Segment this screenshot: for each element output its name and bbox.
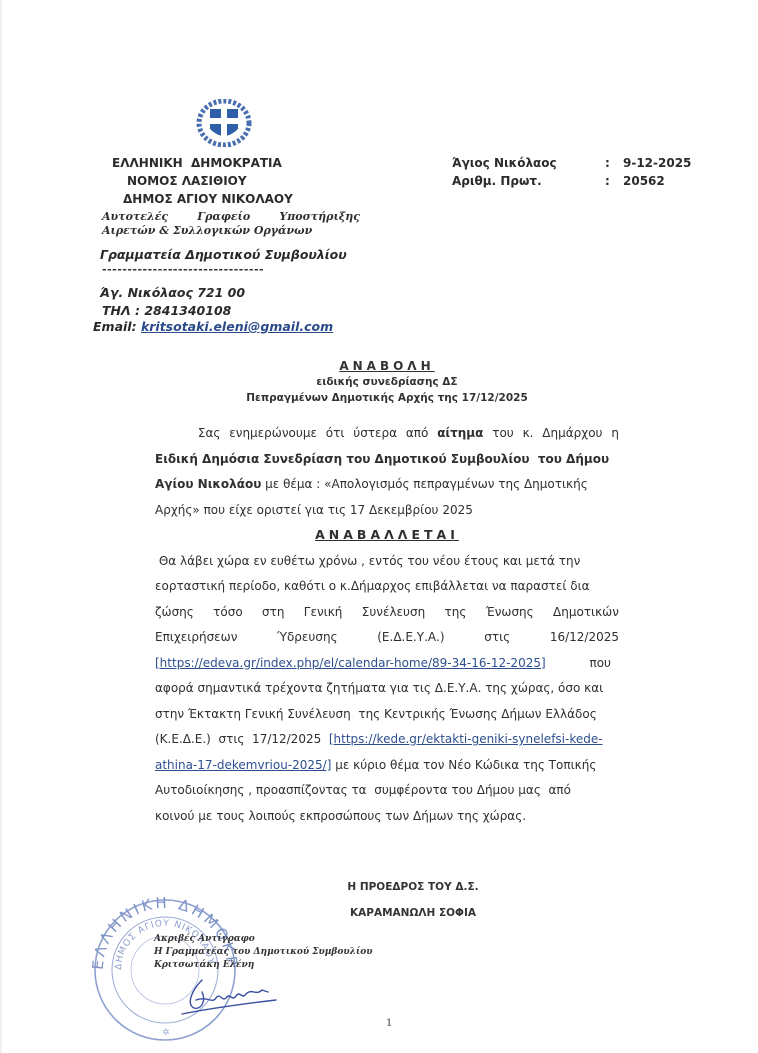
office-line-2: Αιρετών & Συλλογικών Οργάνων bbox=[102, 224, 360, 238]
office-word: Υποστήριξης bbox=[279, 210, 360, 224]
word: Δημοτικών bbox=[553, 603, 619, 629]
document-title: ΑΝΑΒΟΛΗ ειδικής συνεδρίασης ΔΣ Πεπραγμέν… bbox=[202, 358, 572, 406]
svg-text:✲: ✲ bbox=[162, 1028, 170, 1038]
body-line: κοινού με τους λοιπούς εκπροσώπους των Δ… bbox=[155, 807, 619, 833]
word: ότι bbox=[326, 424, 345, 450]
word: Σας bbox=[175, 424, 220, 450]
email-link[interactable]: kritsotaki.eleni@gmail.com bbox=[141, 319, 333, 334]
secretary-role: Η Γραμματέας του Δημοτικού Συμβουλίου bbox=[154, 946, 373, 959]
office-word: Γραφείο bbox=[197, 210, 250, 224]
word: Γενική bbox=[304, 603, 343, 629]
word: στις bbox=[484, 628, 510, 654]
body-text: στην Έκτακτη Γενική Συνέλευση της Κεντρι… bbox=[155, 705, 597, 731]
body-line: ΑΝΑΒΑΛΛΕΤΑΙ bbox=[155, 526, 619, 552]
certified-copy-note: Ακριβές Αντίγραφο Η Γραμματέας του Δημοτ… bbox=[154, 933, 373, 972]
title-sub-2: Πεπραγμένων Δημοτικής Αρχής της 17/12/20… bbox=[202, 390, 572, 406]
body-line: [https://edeva.gr/index.php/el/calendar-… bbox=[155, 654, 619, 680]
separator: : bbox=[605, 154, 623, 172]
body-line: Σας ενημερώνουμε ότι ύστερα από αίτημα τ… bbox=[155, 424, 619, 450]
office-name: Αυτοτελές Γραφείο Υποστήριξης Αιρετών & … bbox=[102, 210, 360, 238]
word: (Ε.Δ.Ε.Υ.Α.) bbox=[377, 628, 444, 654]
word: ύστερα bbox=[353, 424, 397, 450]
word: Δημάρχου bbox=[542, 424, 602, 450]
word: στη bbox=[262, 603, 284, 629]
office-word: Αυτοτελές bbox=[102, 210, 168, 224]
body-line: athina-17-dekemvriou-2025/] με κύριο θέμ… bbox=[155, 756, 619, 782]
protocol-number: 20562 bbox=[623, 172, 665, 190]
body-text: κοινού με τους λοιπούς εκπροσώπους των Δ… bbox=[155, 807, 526, 833]
certified-copy-label: Ακριβές Αντίγραφο bbox=[154, 933, 373, 946]
edeya-calendar-link[interactable]: [https://edeva.gr/index.php/el/calendar-… bbox=[155, 654, 546, 680]
word: Επιχειρήσεων bbox=[155, 628, 237, 654]
issuing-authority: ΕΛΛΗΝΙΚΗ ΔΗΜΟΚΡΑΤΙΑ ΝΟΜΟΣ ΛΑΣΙΘΙΟΥ ΔΗΜΟΣ… bbox=[112, 154, 293, 208]
republic-name: ΕΛΛΗΝΙΚΗ ΔΗΜΟΚΡΑΤΙΑ bbox=[112, 154, 293, 172]
divider: -------------------------------- bbox=[102, 263, 264, 276]
word: Ύδρευσης bbox=[277, 628, 338, 654]
word: ενημερώνουμε bbox=[229, 424, 317, 450]
body-text: (Κ.Ε.Δ.Ε.) στις 17/12/2025 bbox=[155, 730, 329, 756]
handwritten-signature-icon bbox=[172, 970, 282, 1020]
body-text: Αρχής» που είχε οριστεί για τις 17 Δεκεμ… bbox=[155, 501, 473, 527]
body-text: Θα λάβει χώρα εν ευθέτω χρόνω , εντός το… bbox=[155, 552, 580, 578]
word: Συνέλευση bbox=[362, 603, 425, 629]
body-text: Ειδική Δημόσια Συνεδρίαση του Δημοτικού … bbox=[155, 450, 609, 476]
body-line: εορταστική περίοδο, καθότι ο κ.Δήμαρχος … bbox=[155, 577, 619, 603]
word: του bbox=[492, 424, 514, 450]
body-text: εορταστική περίοδο, καθότι ο κ.Δήμαρχος … bbox=[155, 577, 590, 603]
protocol-label: Αριθμ. Πρωτ. bbox=[452, 172, 605, 190]
document-body: Σας ενημερώνουμε ότι ύστερα από αίτημα τ… bbox=[155, 424, 619, 832]
body-line: ζώσης τόσο στη Γενική Συνέλευση της Ένωσ… bbox=[155, 603, 619, 629]
word: Ένωσης bbox=[486, 603, 534, 629]
body-text: με θέμα : «Απολογισμός πεπραγμένων της Δ… bbox=[261, 475, 587, 501]
word: 16/12/2025 bbox=[550, 628, 619, 654]
word: από bbox=[406, 424, 428, 450]
document-page: ΕΛΛΗΝΙΚΗ ΔΗΜΟΚΡΑΤΙΑ ΝΟΜΟΣ ΛΑΣΙΘΙΟΥ ΔΗΜΟΣ… bbox=[0, 0, 758, 1053]
body-line: Θα λάβει χώρα εν ευθέτω χρόνω , εντός το… bbox=[155, 552, 619, 578]
word: κ. bbox=[523, 424, 534, 450]
postal-address: Άγ. Νικόλαος 721 00 bbox=[100, 284, 245, 302]
title-main: ΑΝΑΒΟΛΗ bbox=[202, 358, 572, 374]
word: αίτημα bbox=[437, 424, 483, 450]
body-text: Αυτοδιοίκησης , προασπίζοντας τα συμφέρο… bbox=[155, 781, 571, 807]
president-role: Η ΠΡΟΕΔΡΟΣ ΤΟΥ Δ.Σ. bbox=[302, 874, 524, 900]
greek-coat-of-arms-icon bbox=[196, 99, 252, 147]
body-text: αφορά σημαντικά τρέχοντα ζητήματα για τι… bbox=[155, 679, 603, 705]
email-row: Email: kritsotaki.eleni@gmail.com bbox=[93, 319, 333, 334]
secretariat-name: Γραμματεία Δημοτικού Συμβουλίου bbox=[100, 247, 347, 262]
body-text-bold: Αγίου Νικολάου bbox=[155, 475, 261, 501]
prefecture-name: ΝΟΜΟΣ ΛΑΣΙΘΙΟΥ bbox=[112, 172, 293, 190]
body-line: Αρχής» που είχε οριστεί για τις 17 Δεκεμ… bbox=[155, 501, 619, 527]
word: της bbox=[445, 603, 467, 629]
kede-assembly-link[interactable]: [https://kede.gr/ektakti-geniki-synelefs… bbox=[329, 730, 603, 756]
word: που bbox=[589, 654, 619, 680]
body-line: Επιχειρήσεων Ύδρευσης (Ε.Δ.Ε.Υ.Α.) στις … bbox=[155, 628, 619, 654]
email-label: Email: bbox=[93, 319, 137, 334]
body-line: αφορά σημαντικά τρέχοντα ζητήματα για τι… bbox=[155, 679, 619, 705]
page-number: 1 bbox=[386, 1018, 392, 1029]
document-meta: Άγιος Νικόλαος : 9-12-2025 Αριθμ. Πρωτ. … bbox=[452, 154, 691, 190]
body-line: Αγίου Νικολάου με θέμα : «Απολογισμός πε… bbox=[155, 475, 619, 501]
word: τόσο bbox=[213, 603, 243, 629]
title-sub-1: ειδικής συνεδρίασης ΔΣ bbox=[202, 374, 572, 390]
separator: : bbox=[605, 172, 623, 190]
body-line: στην Έκτακτη Γενική Συνέλευση της Κεντρι… bbox=[155, 705, 619, 731]
president-name: ΚΑΡΑΜΑΝΩΛΗ ΣΟΦΙΑ bbox=[302, 900, 524, 926]
postponed-heading: ΑΝΑΒΑΛΛΕΤΑΙ bbox=[315, 526, 459, 552]
municipality-name: ΔΗΜΟΣ ΑΓΙΟΥ ΝΙΚΟΛΑΟΥ bbox=[112, 190, 293, 208]
contact-block: Άγ. Νικόλαος 721 00 ΤΗΛ : 2841340108 bbox=[100, 284, 245, 320]
word: ζώσης bbox=[155, 603, 194, 629]
phone-number: ΤΗΛ : 2841340108 bbox=[100, 302, 245, 320]
president-signature-block: Η ΠΡΟΕΔΡΟΣ ΤΟΥ Δ.Σ. ΚΑΡΑΜΑΝΩΛΗ ΣΟΦΙΑ bbox=[302, 874, 524, 926]
body-line: (Κ.Ε.Δ.Ε.) στις 17/12/2025 [https://kede… bbox=[155, 730, 619, 756]
place-label: Άγιος Νικόλαος bbox=[452, 154, 605, 172]
document-date: 9-12-2025 bbox=[623, 154, 691, 172]
kede-assembly-link-continued[interactable]: athina-17-dekemvriou-2025/] bbox=[155, 756, 331, 782]
body-line: Αυτοδιοίκησης , προασπίζοντας τα συμφέρο… bbox=[155, 781, 619, 807]
body-text: με κύριο θέμα τον Νέο Κώδικα της Τοπικής bbox=[331, 756, 596, 782]
body-line: Ειδική Δημόσια Συνεδρίαση του Δημοτικού … bbox=[155, 450, 619, 476]
word: η bbox=[611, 424, 619, 450]
